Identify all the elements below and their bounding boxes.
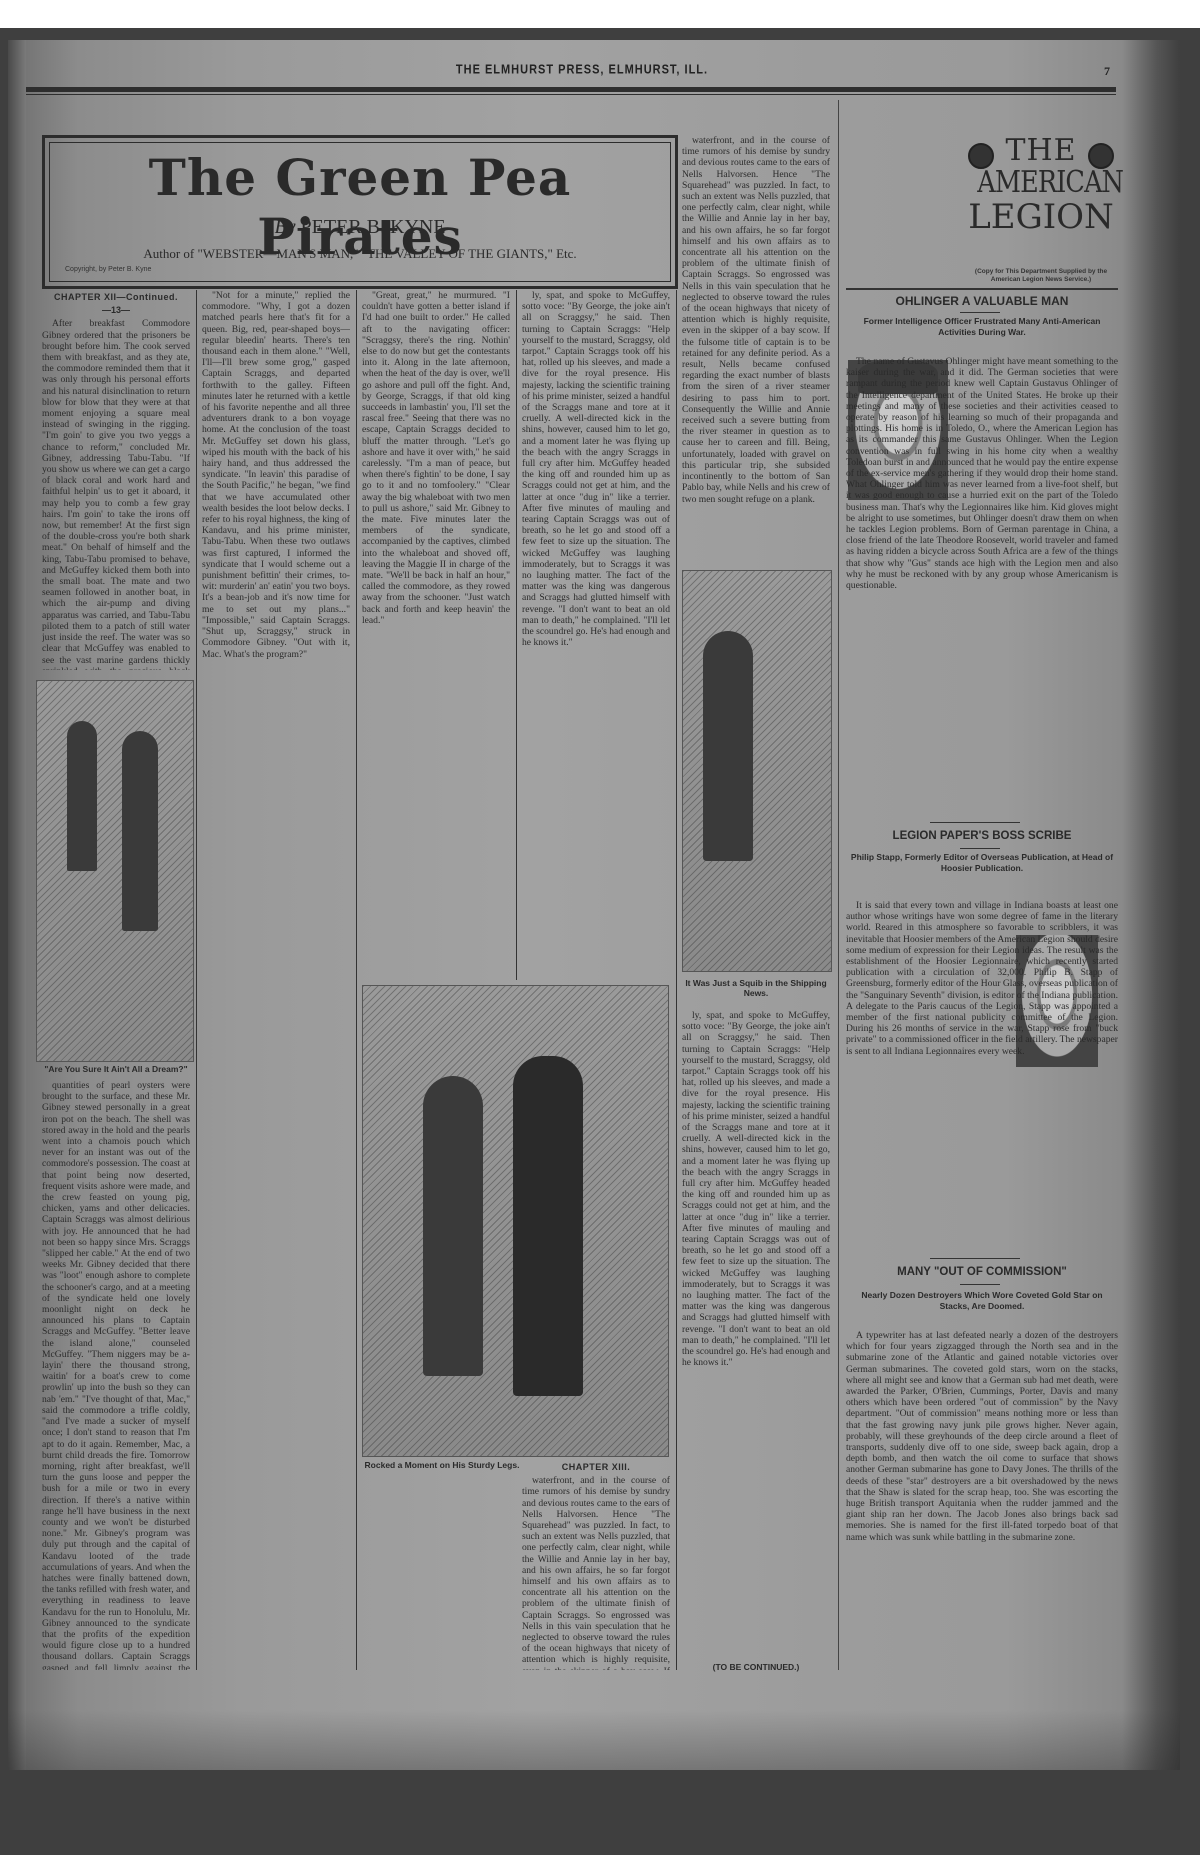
story-column-2: "Not for a minute," replied the commodor…	[202, 290, 350, 1670]
column-divider	[196, 290, 197, 1670]
masthead-rule	[26, 87, 1116, 92]
to-be-continued: (TO BE CONTINUED.)	[682, 1662, 830, 1672]
story-column-4-lower: CHAPTER XIII. waterfront, and in the cou…	[522, 1460, 670, 1670]
story-byline: By PETER B. KYNE	[45, 216, 675, 239]
story-column-5-lower: ly, spat, and spoke to McGuffey, sotto v…	[682, 1010, 830, 1660]
illustration-caption-fight: Rocked a Moment on His Sturdy Legs.	[362, 1460, 522, 1470]
page-number: 7	[1104, 64, 1110, 79]
story-title-box: The Green Pea Pirates By PETER B. KYNE A…	[42, 135, 678, 289]
byline-prefix: By	[274, 216, 295, 238]
legion-news-credit: (Copy for This Department Supplied by th…	[966, 268, 1116, 284]
article-body-out-of-commission: A typewriter has at last defeated nearly…	[846, 1330, 1118, 1710]
article-body-ohlinger: The name of Gustavus Ohlinger might have…	[846, 356, 1118, 756]
story-text: "Great, great," he murmured. "I couldn't…	[362, 290, 510, 626]
chapter-heading: CHAPTER XIII.	[522, 1462, 670, 1473]
article-divider	[930, 1258, 1020, 1259]
chapter-continued-heading: CHAPTER XII—Continued.	[42, 292, 190, 303]
story-text: ly, spat, and spoke to McGuffey, sotto v…	[522, 290, 670, 649]
illustration-caption-dream: "Are You Sure It Ain't All a Dream?"	[36, 1064, 196, 1074]
article-text: It is said that every town and village i…	[846, 900, 1118, 1057]
headline-rule	[960, 848, 1000, 849]
figure-man-reading	[703, 631, 753, 861]
page-left-edge	[8, 40, 26, 1770]
author-previous-works: Author of "WEBSTER—MAN'S MAN," "THE VALL…	[45, 246, 675, 262]
subhead-stapp: Philip Stapp, Formerly Editor of Oversea…	[846, 852, 1118, 873]
story-column-3: "Great, great," he murmured. "I couldn't…	[362, 290, 510, 980]
page-right-edge	[1122, 40, 1180, 1770]
story-column-5: waterfront, and in the course of time ru…	[682, 135, 830, 565]
masthead: THE ELMHURST PRESS, ELMHURST, ILL. 7	[22, 62, 1112, 84]
figure-man-left	[67, 721, 97, 871]
logo-line-american: AMERICAN	[977, 167, 1105, 199]
figure-man-right	[122, 731, 158, 931]
chapter-installment-number: —13—	[42, 305, 190, 316]
story-column-4: ly, spat, and spoke to McGuffey, sotto v…	[522, 290, 670, 980]
column-divider	[516, 290, 517, 980]
headline-stapp: LEGION PAPER'S BOSS SCRIBE	[846, 830, 1118, 842]
column-divider	[838, 100, 839, 1670]
illustration-fight	[362, 985, 669, 1457]
story-text: ly, spat, and spoke to McGuffey, sotto v…	[682, 1010, 830, 1369]
article-divider	[930, 822, 1020, 823]
article-text: The name of Gustavus Ohlinger might have…	[846, 356, 1118, 591]
story-text: waterfront, and in the course of time ru…	[522, 1475, 670, 1670]
story-column-1: CHAPTER XII—Continued. —13— After breakf…	[42, 290, 190, 670]
story-column-1-lower: quantities of pearl oysters were brought…	[42, 1080, 190, 1670]
page-bottom-shadow	[8, 1710, 1180, 1770]
logo-line-legion: LEGION	[966, 199, 1116, 235]
story-text: quantities of pearl oysters were brought…	[42, 1080, 190, 1670]
headline-rule	[960, 312, 1000, 313]
subhead-ohlinger: Former Intelligence Officer Frustrated M…	[846, 316, 1118, 337]
masthead-title: THE ELMHURST PRESS, ELMHURST, ILL.	[322, 63, 842, 77]
headline-ohlinger: OHLINGER A VALUABLE MAN	[846, 294, 1118, 308]
subhead-out-of-commission: Nearly Dozen Destroyers Which Wore Covet…	[846, 1290, 1118, 1311]
headline-out-of-commission: MANY "OUT OF COMMISSION"	[846, 1266, 1118, 1278]
story-text: "Not for a minute," replied the commodor…	[202, 290, 350, 660]
article-text: A typewriter has at last defeated nearly…	[846, 1330, 1118, 1543]
headline-rule	[960, 1284, 1000, 1285]
article-body-stapp: It is said that every town and village i…	[846, 900, 1118, 1250]
figure-native	[513, 1056, 583, 1396]
story-text: waterfront, and in the course of time ru…	[682, 135, 830, 505]
masthead-rule-thin	[26, 94, 1116, 95]
column-divider	[356, 290, 357, 1670]
column-divider	[676, 290, 677, 1670]
illustration-dream	[36, 680, 194, 1062]
sidebar-rule	[846, 288, 1118, 290]
illustration-caption-shipping: It Was Just a Squib in the Shipping News…	[682, 978, 830, 998]
copyright-notice: Copyright, by Peter B. Kyne	[65, 266, 151, 273]
illustration-shipping-news	[682, 570, 832, 972]
author-name: PETER B. KYNE	[301, 216, 446, 238]
figure-sailor	[423, 1076, 483, 1376]
american-legion-logo: THE AMERICAN LEGION	[966, 135, 1116, 263]
story-text: After breakfast Commodore Gibney ordered…	[42, 318, 190, 670]
